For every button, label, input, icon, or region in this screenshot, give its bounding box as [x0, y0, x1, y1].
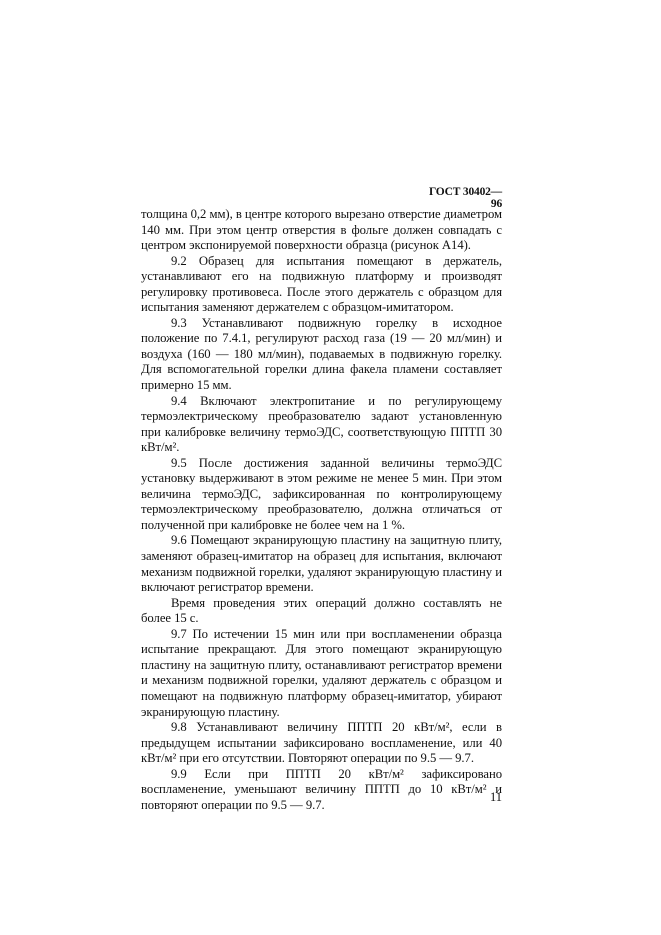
- paragraph-9-3: 9.3 Устанавливают подвижную горелку в ис…: [141, 316, 502, 394]
- document-body: толщина 0,2 мм), в центре которого вырез…: [141, 207, 502, 813]
- paragraph-9-2: 9.2 Образец для испытания помещают в дер…: [141, 254, 502, 316]
- paragraph-9-9: 9.9 Если при ППТП 20 кВт/м² зафиксирован…: [141, 767, 502, 814]
- paragraph-9-5: 9.5 После достижения заданной величины т…: [141, 456, 502, 534]
- paragraph-continuation: толщина 0,2 мм), в центре которого вырез…: [141, 207, 502, 254]
- page-number: 11: [488, 790, 502, 805]
- paragraph-9-4: 9.4 Включают электропитание и по регулир…: [141, 394, 502, 456]
- paragraph-9-8: 9.8 Устанавливают величину ППТП 20 кВт/м…: [141, 720, 502, 767]
- paragraph-9-7: 9.7 По истечении 15 мин или при воспламе…: [141, 627, 502, 720]
- paragraph-9-6: 9.6 Помещают экранирующую пластину на за…: [141, 533, 502, 595]
- document-page: ГОСТ 30402—96 толщина 0,2 мм), в центре …: [0, 0, 661, 935]
- paragraph-9-6-note: Время проведения этих операций должно со…: [141, 596, 502, 627]
